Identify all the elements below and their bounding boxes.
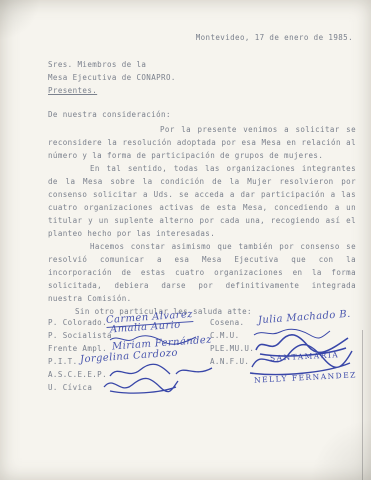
letter-date: Montevideo, 17 de enero de 1985. [196,33,353,42]
org-label: PLE.MU.U. [210,344,254,353]
org-label: P.I.T. [48,357,78,366]
paragraph-3: Hacemos constar asimismo que también por… [48,240,356,305]
signatories-right-column: Cosena. Julia Machado B. C.M.U. PLE.MU.U… [210,316,368,368]
signatory-row: U. Cívica [48,381,218,394]
org-label: Cosena. [210,318,244,327]
letter-page: Montevideo, 17 de enero de 1985. Sres. M… [0,0,371,480]
org-label: P. Socialista [48,331,112,340]
signature-block: P. Colorado. Carmen Alvarez P. Socialist… [0,314,371,424]
org-label: A.N.F.U. [210,357,249,366]
org-label: U. Cívica [48,383,92,392]
signatory-row: A.S.C.E.E.P. [48,368,218,381]
recipient-line-2: Mesa Ejecutiva de CONAPRO. [48,71,176,84]
signatory-row: A.N.F.U. NELLY FERNANDEZ [210,355,368,368]
paragraph-2: En tal sentido, todas las organizaciones… [48,162,356,240]
signatories-left-column: P. Colorado. Carmen Alvarez P. Socialist… [48,316,218,394]
recipient-line-1: Sres. Miembros de la [48,58,176,71]
letter-body: De nuestra consideración: Por la present… [48,108,356,318]
signatory-row: PLE.MU.U. SANTAMARIA [210,342,368,355]
signature-printed-name: NELLY FERNANDEZ [254,368,357,386]
org-label: P. Colorado. [48,318,107,327]
signatory-row: Cosena. Julia Machado B. [210,316,368,329]
org-label: A.S.C.E.E.P. [48,370,107,379]
scan-edge-line [362,330,363,480]
salutation: De nuestra consideración: [48,108,356,121]
paragraph-1: Por la presente venimos a solicitar se r… [48,123,356,162]
recipient-line-3: Presentes. [48,84,176,97]
signature-stroke [252,327,332,339]
signatory-row: C.M.U. [210,329,368,342]
recipient-block: Sres. Miembros de la Mesa Ejecutiva de C… [48,58,176,97]
signatory-row: P.I.T. Jorgelina Cardozo [48,355,218,368]
org-label: C.M.U. [210,331,240,340]
